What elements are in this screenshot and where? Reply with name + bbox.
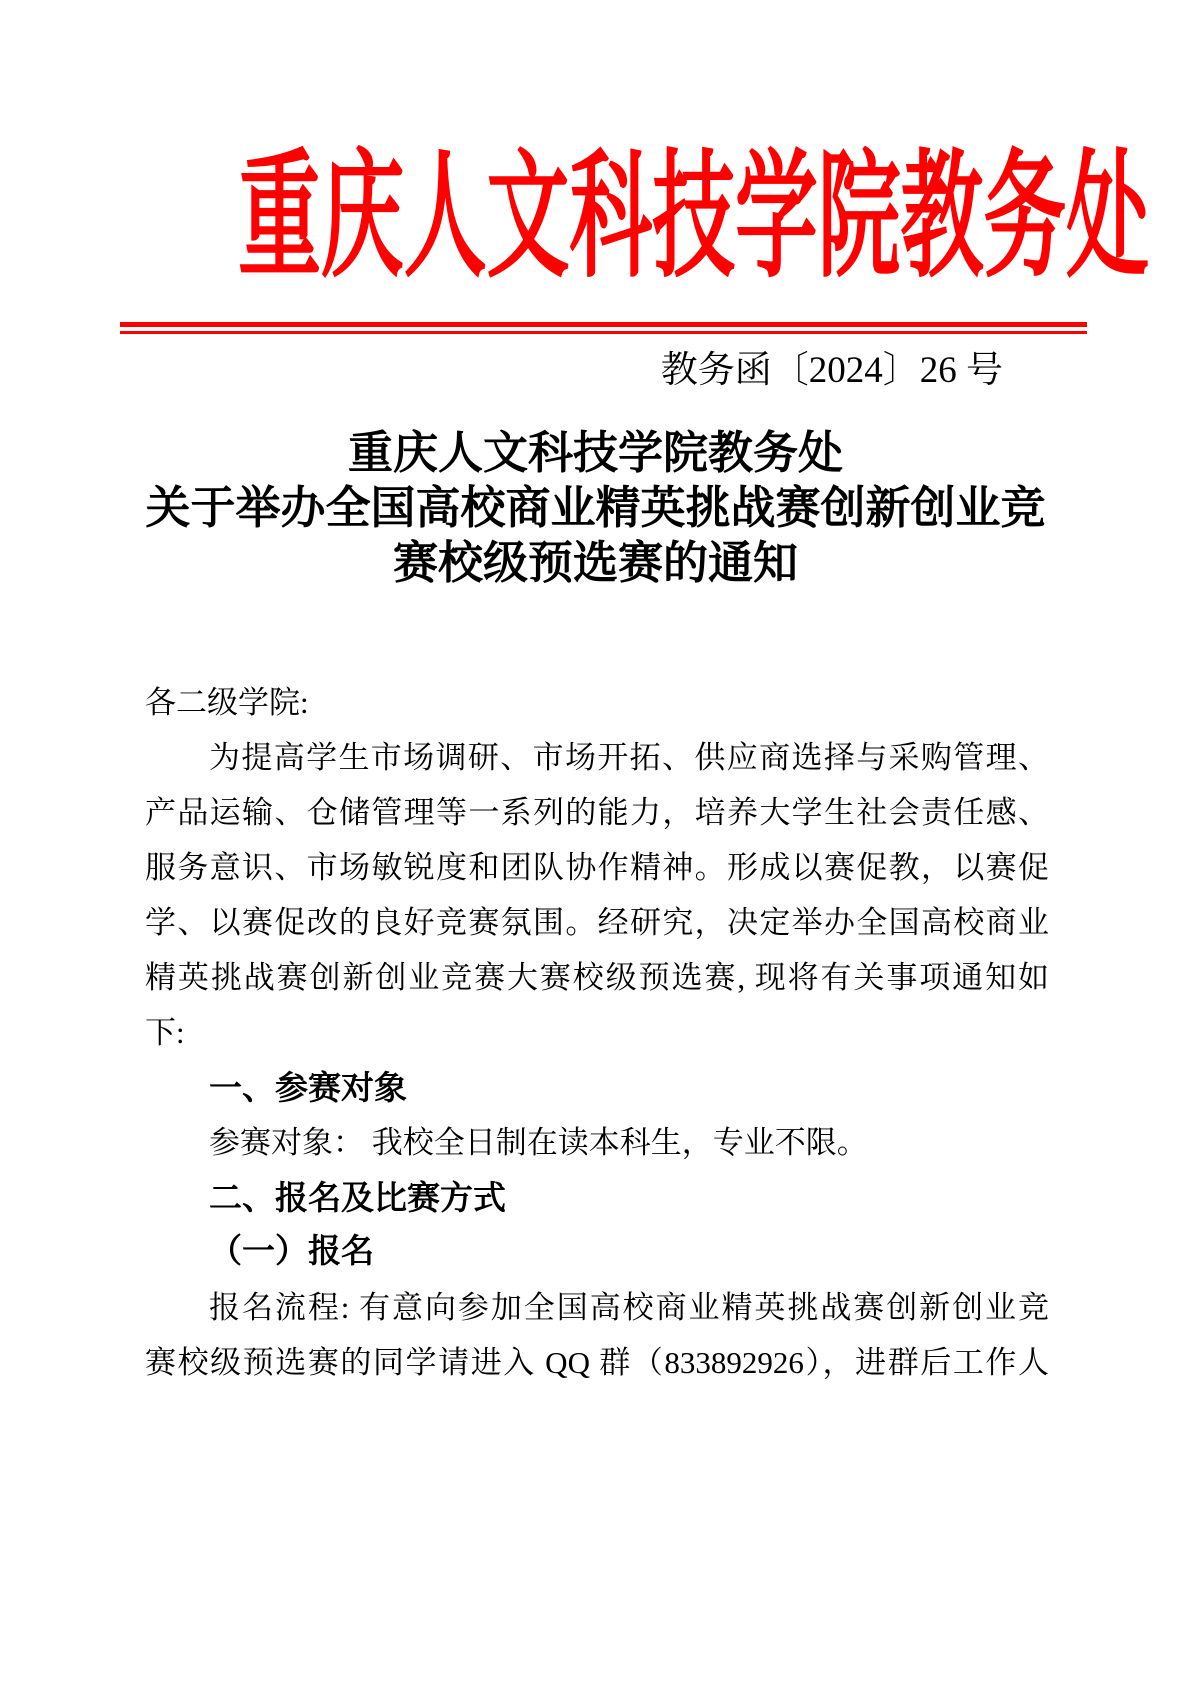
- participants-line: 参赛对象： 我校全日制在读本科生，专业不限。: [145, 1115, 1049, 1170]
- section-1-heading: 一、参赛对象: [145, 1060, 1049, 1115]
- intro-line-4: 学、以赛促改的良好竞赛氛围。经研究，决定举办全国高校商业: [145, 895, 1049, 950]
- intro-line-2: 产品运输、仓储管理等一系列的能力，培养大学生社会责任感、: [145, 785, 1049, 840]
- red-divider-line: [120, 322, 1087, 334]
- intro-line-1: 为提高学生市场调研、市场开拓、供应商选择与采购管理、: [145, 730, 1049, 785]
- document-title-line-2: 关于举办全国高校商业精英挑战赛创新创业竞: [0, 481, 1191, 536]
- document-title-line-3: 赛校级预选赛的通知: [0, 536, 1191, 591]
- document-page: 重庆人文科技学院教务处 教务函〔2024〕26 号 重庆人文科技学院教务处 关于…: [0, 0, 1191, 1684]
- letterhead: 重庆人文科技学院教务处: [0, 142, 1191, 294]
- document-title-line-1: 重庆人文科技学院教务处: [0, 426, 1191, 481]
- intro-line-6: 下:: [145, 1005, 1049, 1060]
- intro-line-3: 服务意识、市场敏锐度和团队协作精神。形成以赛促教，以赛促: [145, 840, 1049, 895]
- document-body: 各二级学院: 为提高学生市场调研、市场开拓、供应商选择与采购管理、 产品运输、仓…: [145, 675, 1049, 1390]
- document-number: 教务函〔2024〕26 号: [0, 346, 1003, 396]
- registration-line-1: 报名流程: 有意向参加全国高校商业精英挑战赛创新创业竞: [145, 1280, 1049, 1335]
- intro-line-5: 精英挑战赛创新创业竞赛大赛校级预选赛, 现将有关事项通知如: [145, 950, 1049, 1005]
- salutation-line: 各二级学院:: [145, 675, 1049, 730]
- document-title: 重庆人文科技学院教务处 关于举办全国高校商业精英挑战赛创新创业竞 赛校级预选赛的…: [0, 426, 1191, 591]
- letterhead-org-name: 重庆人文科技学院教务处: [238, 142, 953, 294]
- subsection-1-heading: （一）报名: [145, 1225, 1049, 1280]
- section-2-heading: 二、报名及比赛方式: [145, 1170, 1049, 1225]
- registration-line-2: 赛校级预选赛的同学请进入 QQ 群（833892926），进群后工作人: [145, 1335, 1049, 1390]
